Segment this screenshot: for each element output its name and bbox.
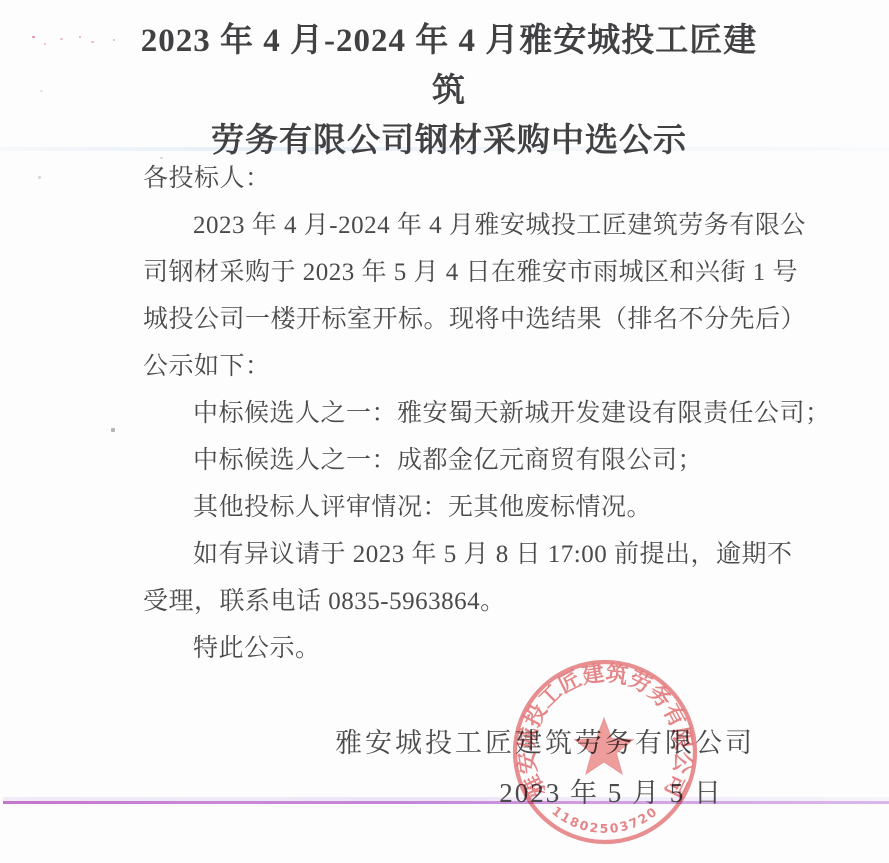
signature-company-name: 雅安城投工匠建筑劳务有限公司 bbox=[143, 726, 755, 760]
scan-speck bbox=[113, 39, 115, 41]
body-line-salutation: 各投标人： bbox=[143, 155, 771, 202]
document-body: 各投标人： 2023 年 4 月-2024 年 4 月雅安城投工匠建筑劳务有限公… bbox=[143, 155, 771, 672]
scan-speck bbox=[38, 176, 41, 179]
scan-speck bbox=[79, 36, 81, 38]
body-line-para1-l1: 2023 年 4 月-2024 年 4 月雅安城投工匠建筑劳务有限公 bbox=[143, 202, 771, 249]
body-line-objection-l1: 如有异议请于 2023 年 5 月 8 日 17:00 前提出，逾期不 bbox=[143, 531, 771, 578]
scan-speck bbox=[32, 36, 35, 38]
document-title: 2023 年 4 月-2024 年 4 月雅安城投工匠建筑 劳务有限公司钢材采购… bbox=[133, 16, 765, 166]
body-line-para1-l2: 司钢材采购于 2023 年 5 月 4 日在雅安市雨城区和兴街 1 号 bbox=[143, 249, 771, 296]
scan-speck bbox=[44, 43, 46, 45]
scan-speck bbox=[40, 90, 43, 92]
body-line-closing: 特此公示。 bbox=[143, 625, 771, 672]
scanned-announcement-page: 2023 年 4 月-2024 年 4 月雅安城投工匠建筑 劳务有限公司钢材采购… bbox=[0, 0, 889, 863]
body-line-para1-l4: 公示如下： bbox=[143, 343, 771, 390]
signature-date: 2023 年 5 月 5 日 bbox=[143, 777, 755, 809]
body-line-objection-l2: 受理，联系电话 0835-5963864。 bbox=[143, 578, 771, 625]
title-line-1: 2023 年 4 月-2024 年 4 月雅安城投工匠建筑 bbox=[133, 16, 765, 116]
scan-speck bbox=[111, 428, 115, 432]
scan-speck bbox=[91, 41, 94, 43]
body-line-candidate-2: 中标候选人之一：成都金亿元商贸有限公司； bbox=[143, 437, 771, 484]
body-line-candidate-1: 中标候选人之一：雅安蜀天新城开发建设有限责任公司； bbox=[143, 390, 771, 437]
body-line-other-review: 其他投标人评审情况：无其他废标情况。 bbox=[143, 484, 771, 531]
scan-speck bbox=[60, 38, 63, 40]
body-line-para1-l3: 城投公司一楼开标室开标。现将中选结果（排名不分先后） bbox=[143, 296, 771, 343]
